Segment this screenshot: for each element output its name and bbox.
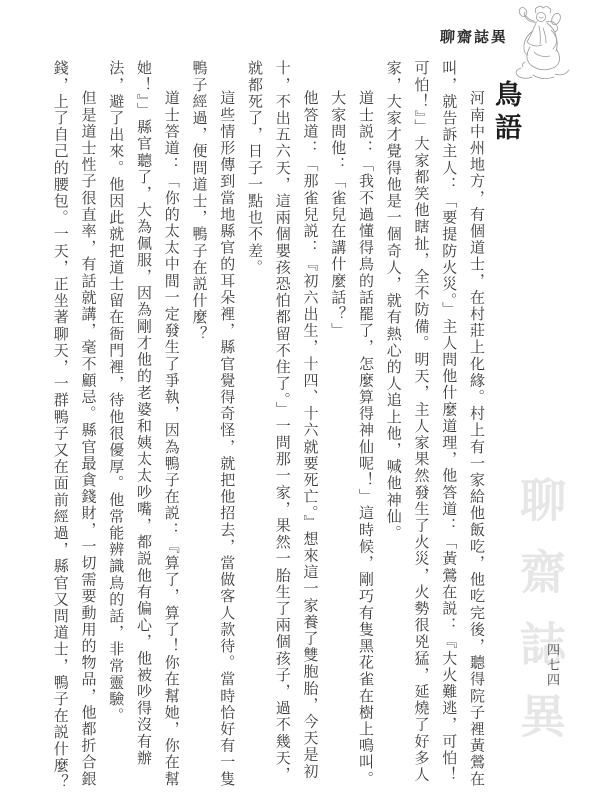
paragraph: 他答道：「那雀兒説：『初六出生，十四、十六就要死亡。』想來這一家養了雙胞胎，今天…: [239, 60, 322, 798]
immortal-figure-illustration: [503, 4, 585, 84]
immortal-figure-drawing: [503, 4, 585, 84]
book-page: 聊齋誌異 鳥語 河南中州地方，有個道士，在村莊上化緣。村上有一家給他飯吃，他吃完…: [0, 0, 589, 800]
paragraph: 但是道士性子很直率，有話就講，毫不顧忌。縣官最貪錢財，一切需要動用的物品，他都折…: [45, 60, 101, 798]
paragraph: 道士答道：「你的太太中間一定發生了爭執，因為鴨子在説：『算了，算了！你在幫她，你…: [101, 60, 184, 798]
paragraph: 大家問他：「雀兒在講什麼話？」: [323, 60, 351, 798]
book-title-header: 聊齋誌異: [440, 26, 511, 47]
paragraph: 道士説：「我不過懂得鳥的話罷了，怎麼算得神仙呢！」這時候，剛巧有隻黑花雀在樹上鳴…: [350, 60, 378, 798]
story-text: 河南中州地方，有個道士，在村莊上化緣。村上有一家給他飯吃，他吃完後，聽得院子裡黃…: [41, 60, 489, 798]
story-title: 鳥語: [492, 80, 519, 146]
paragraph: 這些情形傳到當地縣官的耳朵裡，縣官覺得奇怪，就把他招去，當做客人款待。當時恰好有…: [184, 60, 240, 798]
page-number: 四七四: [543, 643, 562, 688]
watermark-book-title: 聊齋誌異: [516, 476, 562, 764]
paragraph: 河南中州地方，有個道士，在村莊上化緣。村上有一家給他飯吃，他吃完後，聽得院子裡黃…: [378, 60, 489, 798]
